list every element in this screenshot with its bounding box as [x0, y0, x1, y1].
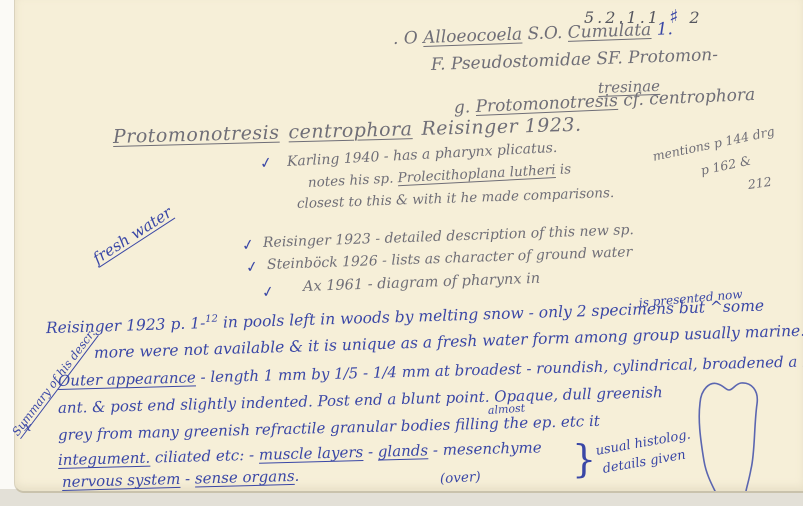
line6-mid2: -	[363, 443, 378, 461]
scanned-index-card-page: 5.2.1.1 ♯ 2 . O Alloeocoela S.O. Cumulat…	[0, 0, 803, 506]
reference-karling-page-note-1: mentions p 144 drg	[652, 124, 776, 164]
checkmark-icon: ✓	[245, 258, 260, 277]
taxonomy-order-line: . O Alloeocoela S.O. Cumulata 1.	[393, 20, 674, 49]
margin-note-fresh-water: fresh water	[90, 204, 176, 268]
catalog-number-suffix: 2	[689, 8, 702, 27]
checkmark-icon: ✓	[259, 154, 274, 173]
muscle-layers-label: muscle layers	[259, 443, 364, 464]
line7-dash: -	[180, 470, 195, 488]
handwritten-index-card: 5.2.1.1 ♯ 2 . O Alloeocoela S.O. Cumulat…	[14, 0, 803, 493]
reference-karling-page-note-3: 212	[747, 175, 773, 193]
page-range-superscript: 12	[205, 314, 218, 325]
taxonomy-family-line: F. Pseudostomidae SF. Protomon-	[431, 46, 719, 76]
over-note: (over)	[440, 470, 481, 488]
karling-note-suffix: is	[555, 161, 571, 178]
glands-label: glands	[378, 441, 429, 460]
title-genus: Protomonotresis	[113, 122, 280, 148]
margin-x-mark: x	[24, 421, 31, 436]
karling-species-name: Prolecithoplana lutheri	[397, 162, 556, 186]
title-species: centrophora	[288, 118, 413, 143]
sense-organs-label: sense organs	[195, 467, 295, 488]
order-line-ink-mark: 1.	[656, 19, 673, 40]
checkmark-icon: ✓	[241, 236, 256, 255]
suborder-prefix: S.O.	[522, 23, 568, 45]
line7-period: .	[294, 467, 299, 485]
nervous-system-label: nervous system	[62, 470, 181, 491]
integument-label: integument.	[58, 449, 151, 469]
reference-karling-page-note-2: p 162 &	[700, 154, 753, 179]
order-name: Alloeocoela	[423, 24, 523, 47]
genus-prefix: g.	[454, 97, 477, 118]
title-author-year: Reisinger 1923.	[421, 114, 582, 140]
reference-ax: Ax 1961 - diagram of pharynx in	[303, 271, 541, 296]
worm-outline-sketch	[691, 377, 771, 491]
body-line4-rest: Opaque, dull greenish	[494, 383, 663, 405]
body-line-6: integument. ciliated etc: - muscle layer…	[58, 439, 542, 469]
suborder-name: Cumulata	[567, 20, 651, 43]
curly-brace: }	[572, 440, 596, 478]
taxonomy-genus-line: g. Protomonotresis cf. centrophora	[454, 86, 756, 119]
reference-karling-line3: closest to this & with it he made compar…	[297, 186, 615, 213]
karling-note-prefix: notes his sp.	[308, 170, 399, 191]
order-prefix: . O	[393, 28, 424, 49]
checkmark-icon: ✓	[261, 283, 276, 302]
body-line1-start: Reisinger 1923 p. 1-	[46, 314, 206, 337]
body-line-7: nervous system - sense organs.	[62, 468, 300, 491]
body-line4-start: ant. & post end slightly indented. Post …	[58, 388, 495, 417]
genus-name: Protomonotresis	[475, 91, 618, 117]
line6-end: - mesenchyme	[428, 438, 542, 459]
line6-mid1: ciliated etc: -	[150, 446, 259, 467]
outer-appearance-label: Outer appearance	[58, 368, 196, 390]
